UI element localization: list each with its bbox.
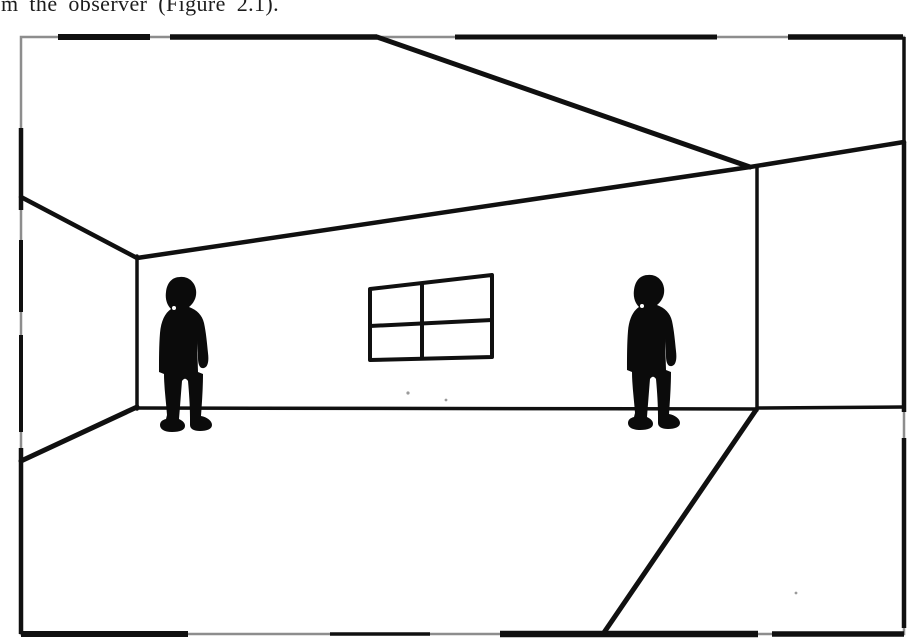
ceiling-right-diagonal [377, 37, 750, 167]
floor-right-edge [757, 407, 904, 408]
scan-speck [406, 391, 409, 394]
silhouette-neck-highlight [640, 304, 644, 308]
window-outline [370, 275, 492, 360]
scan-speck [445, 399, 448, 402]
floor-left-wall-edge [21, 407, 137, 461]
right-wall-top-edge [750, 142, 904, 167]
person-silhouette-far-right [627, 275, 680, 430]
room-perspective-lines [21, 37, 904, 634]
silhouette-neck-highlight [172, 306, 176, 310]
document-page: m the observer (Figure 2.1). [0, 0, 912, 644]
figure-2-1-drawing [0, 0, 912, 644]
back-wall-window [370, 275, 492, 360]
back-wall-top-edge [137, 167, 750, 258]
window-horizontal-mullion [370, 320, 492, 326]
silhouette-body [627, 275, 680, 430]
outer-frame [21, 37, 904, 634]
ceiling-left-wall-edge [21, 197, 137, 258]
scan-speck [795, 592, 798, 595]
right-wall-floor-diagonal [603, 410, 756, 634]
